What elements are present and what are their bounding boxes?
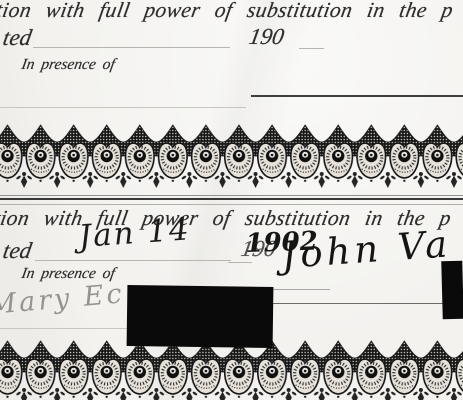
ornamental-border-band-top (0, 120, 463, 190)
redaction-box-right (441, 261, 463, 320)
divider-rule-lower (0, 204, 463, 205)
witness-signature: Mary Ec (0, 278, 126, 321)
divider-rule-thin (0, 195, 463, 196)
handwritten-date: Jan 14 (77, 211, 191, 255)
stub1-dated-label: ted (1, 25, 34, 51)
stub1-body-text: tion with full power of substitution in … (0, 0, 455, 23)
stub1-year-blank-line (299, 48, 324, 49)
stub1-signature-line (251, 95, 463, 97)
witness-signature-underline (0, 328, 130, 329)
stub2-date-blank-line (35, 260, 231, 261)
stub1-presence-label: In presence of (20, 56, 116, 74)
stub2-dated-label: ted (1, 238, 34, 264)
stub1-witness-line (0, 107, 246, 108)
stub1-date-blank-line (33, 47, 230, 48)
divider-rule-thick (0, 198, 463, 200)
stub2-year-blank-line (228, 262, 252, 263)
signer-signature-line (272, 303, 463, 304)
redaction-box-center (127, 285, 274, 348)
stub1-year-printed: 190 (247, 24, 286, 50)
scanned-document: tion with full power of substitution in … (0, 0, 463, 400)
